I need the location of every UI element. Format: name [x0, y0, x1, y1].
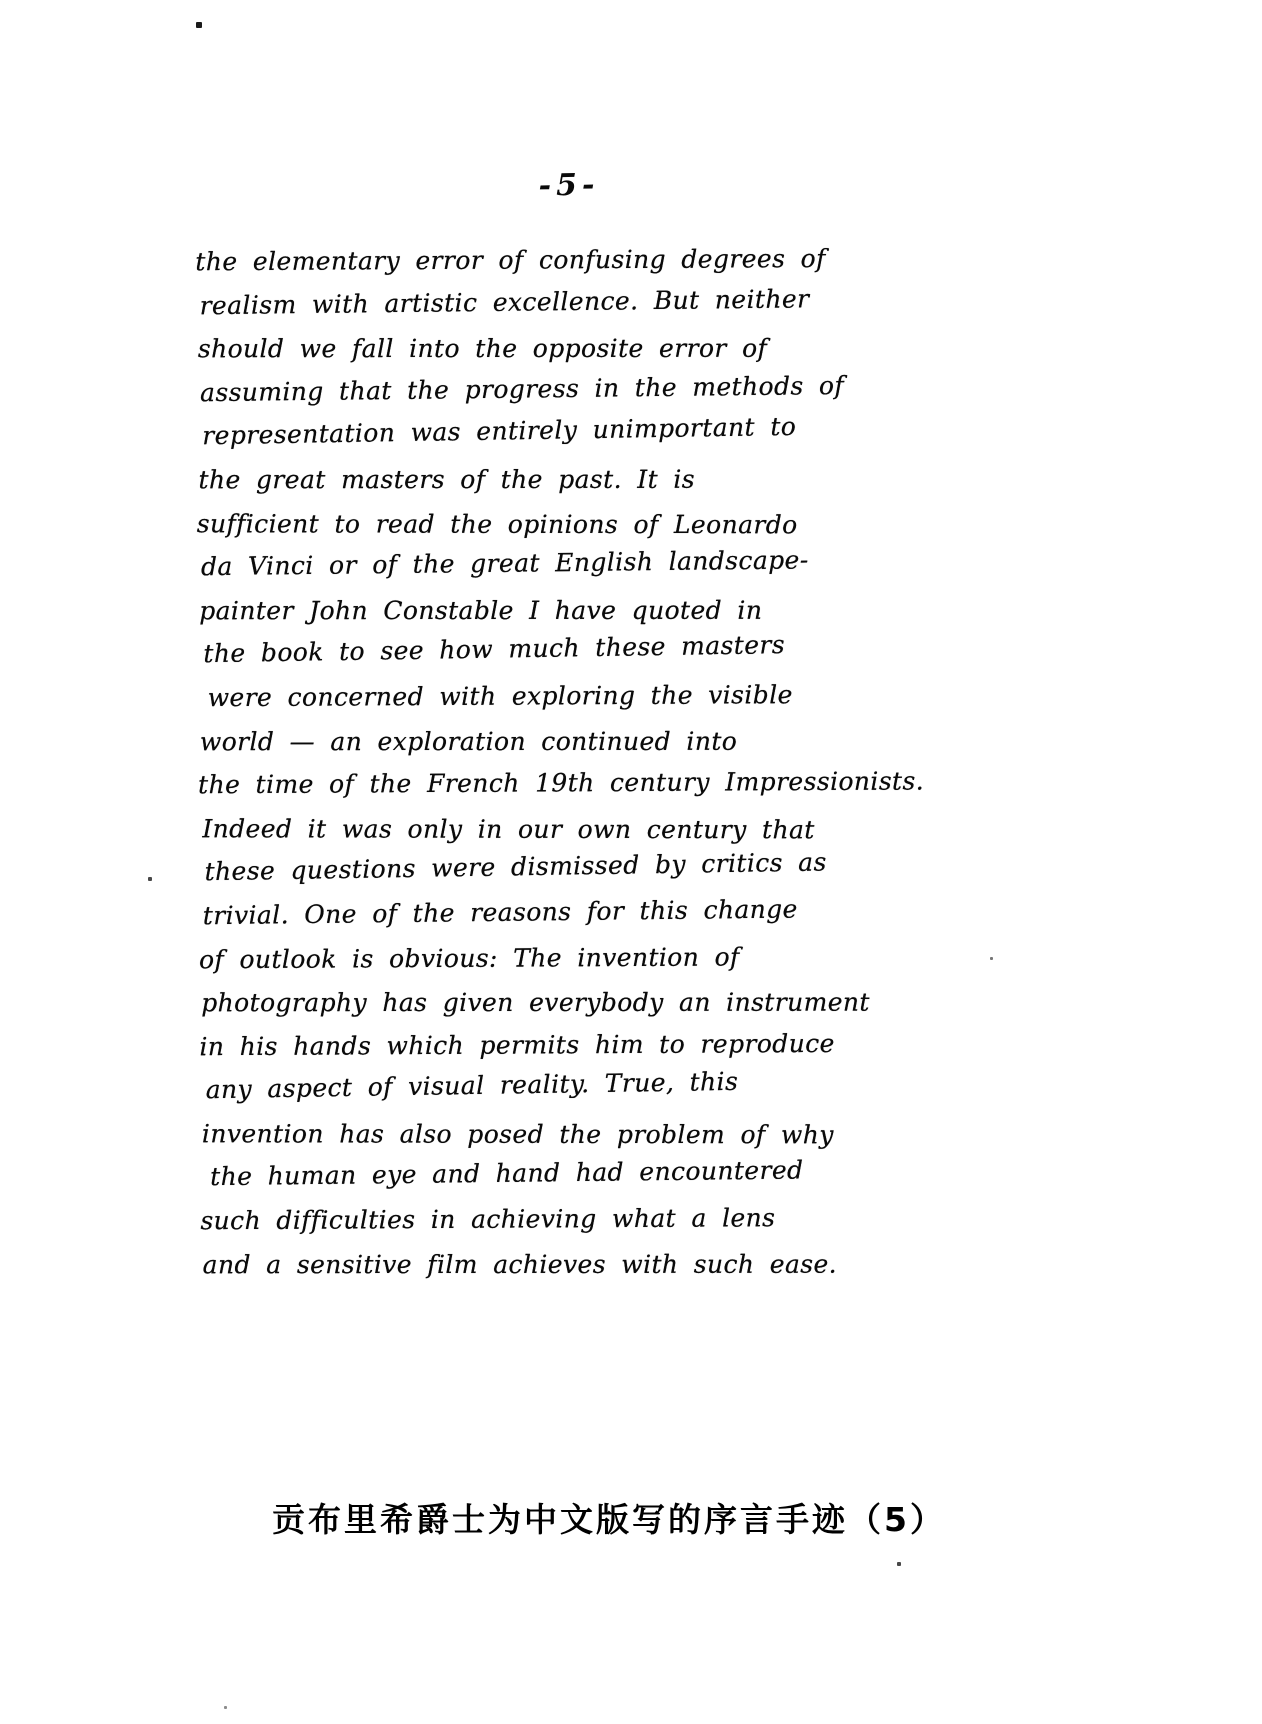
handwritten-line: such difficulties in achieving what a le… [200, 1195, 1050, 1243]
handwritten-line: photography has given everybody an instr… [201, 981, 1049, 1025]
handwritten-line: da Vinci or of the great English landsca… [201, 536, 1047, 589]
handwritten-text-block: the elementary error of confusing degree… [195, 236, 1050, 1287]
handwritten-line: the time of the French 19th century Impr… [198, 759, 1048, 807]
scan-speck [897, 1562, 901, 1566]
scanned-manuscript-page: -5- the elementary error of confusing de… [0, 0, 1262, 1724]
caption-text: 贡布里希爵士为中文版写的序言手迹（5） [0, 1494, 1240, 1541]
scan-speck [196, 22, 202, 28]
scan-speck [148, 877, 152, 881]
handwritten-line: were concerned with exploring the visibl… [208, 672, 1048, 720]
handwritten-line: and a sensitive film achieves with such … [203, 1242, 1051, 1286]
handwritten-line: of outlook is obvious: The invention of [199, 933, 1049, 981]
handwritten-line: trivial. One of the reasons for this cha… [203, 885, 1049, 938]
handwritten-line: world — an exploration continued into [200, 719, 1048, 763]
handwritten-line: realism with artistic excellence. But ne… [199, 274, 1045, 327]
scan-speck [224, 1706, 227, 1709]
handwritten-line: the human eye and hand had encountered [210, 1146, 1050, 1199]
page-number: -5- [0, 157, 1200, 214]
handwritten-line: the great masters of the past. It is [199, 457, 1047, 501]
